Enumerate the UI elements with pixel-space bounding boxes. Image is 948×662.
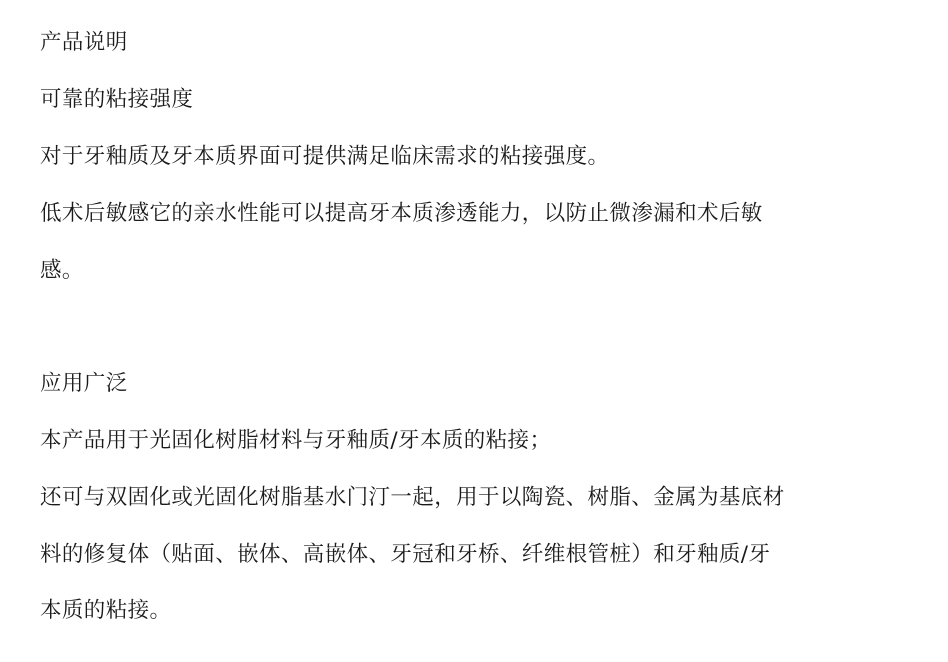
paragraph-application-1: 本产品用于光固化树脂材料与牙釉质/牙本质的粘接；	[40, 427, 551, 455]
paragraph-low-sensitivity-line-2: 感。	[40, 257, 84, 285]
paragraph-application-2-line-3: 本质的粘接。	[40, 597, 171, 625]
section-heading-wide-application: 应用广泛	[40, 370, 128, 398]
paragraph-bonding-strength: 对于牙釉质及牙本质界面可提供满足临床需求的粘接强度。	[40, 143, 609, 171]
document-title: 产品说明	[40, 29, 128, 57]
paragraph-application-2-line-1: 还可与双固化或光固化树脂基水门汀一起，用于以陶瓷、树脂、金属为基底材	[40, 484, 785, 512]
section-heading-bonding-strength: 可靠的粘接强度	[40, 86, 193, 114]
paragraph-application-2-line-2: 料的修复体（贴面、嵌体、高嵌体、牙冠和牙桥、纤维根管桩）和牙釉质/牙	[40, 541, 770, 569]
paragraph-low-sensitivity-line-1: 低术后敏感它的亲水性能可以提高牙本质渗透能力，以防止微渗漏和术后敏	[40, 200, 763, 228]
